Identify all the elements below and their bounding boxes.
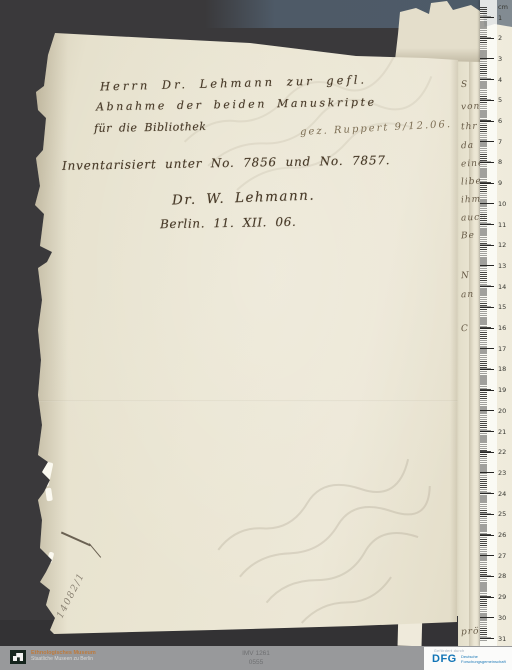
ruler-number: 22 xyxy=(498,448,506,456)
ruler-number: 10 xyxy=(498,200,506,208)
scanned-document-photo: SvonthrdaeinelibeihmauchBeNanCprö xyxy=(0,0,512,670)
handwriting-fragment: N xyxy=(461,271,470,281)
ruler-cm-tick xyxy=(480,328,494,329)
ruler-number: 8 xyxy=(498,158,502,166)
handwriting-fragment: libe xyxy=(461,176,482,187)
page-fold-line xyxy=(469,20,474,646)
ruler-number: 26 xyxy=(498,531,506,539)
ruler-cm-tick xyxy=(480,638,494,639)
paper-crease xyxy=(34,400,460,402)
ruler-number: 25 xyxy=(498,510,506,518)
ruler-number: 21 xyxy=(498,428,506,436)
ruler-cm-tick xyxy=(480,245,494,246)
measurement-ruler: cm 1234567891011121314151617181920212223… xyxy=(480,0,512,646)
handwriting-fragment: Be xyxy=(461,231,475,242)
ruler-number: 14 xyxy=(498,283,506,291)
date-line: Berlin. 11. XII. 06. xyxy=(160,215,297,231)
ruler-number: 4 xyxy=(498,76,502,84)
handwriting-fragment: ihm xyxy=(461,194,482,205)
inventory-id: IMV 1261 xyxy=(242,649,270,658)
ruler-number: 11 xyxy=(498,221,506,229)
ruler-cm-tick xyxy=(480,431,494,432)
ruler-cm-tick xyxy=(480,121,494,122)
paper-crack xyxy=(89,543,101,557)
ruler-number: 29 xyxy=(498,593,506,601)
ruler-cm-tick xyxy=(480,100,494,101)
name-line: Dr. W. Lehmann. xyxy=(172,188,316,209)
ruler-number: 9 xyxy=(498,179,502,187)
ruler-number: 28 xyxy=(498,572,506,580)
ruler-cm-tick xyxy=(480,493,494,494)
ruler-cm-tick xyxy=(480,514,494,515)
handwriting-fragment: an xyxy=(461,290,475,301)
dfg-name-line-2: Forschungsgemeinschaft xyxy=(461,660,506,665)
ruler-number: 2 xyxy=(498,34,502,42)
ruler-number: 27 xyxy=(498,552,506,560)
handwriting-fragment: S xyxy=(461,80,469,90)
ruler-cm-tick xyxy=(480,410,494,411)
ruler-number: 24 xyxy=(498,490,506,498)
ruler-cm-tick xyxy=(480,369,494,370)
ruler-number: 7 xyxy=(498,138,502,146)
ruler-number: 17 xyxy=(498,345,506,353)
ruler-number: 16 xyxy=(498,324,506,332)
ruler-cm-tick xyxy=(480,452,494,453)
museum-logo-glyph xyxy=(13,653,23,661)
ruler-number: 31 xyxy=(498,635,506,643)
ruler-cm-tick xyxy=(480,183,494,184)
ruler-cm-tick xyxy=(480,286,494,287)
ruler-number: 13 xyxy=(498,262,506,270)
dfg-abbreviation: DFG xyxy=(432,653,457,665)
note-line-2: Abnahme der beiden Manuskripte xyxy=(96,96,377,114)
ruler-cm-tick xyxy=(480,348,494,349)
document-page: Herrn Dr. Lehmann zur gefl. Abnahme der … xyxy=(34,30,460,636)
ruler-number: 23 xyxy=(498,469,506,477)
ruler-cm-tick xyxy=(480,597,494,598)
note-line-1: Herrn Dr. Lehmann zur gefl. xyxy=(100,73,367,94)
ruler-number: 12 xyxy=(498,241,506,249)
note-line-3: für die Bibliothek xyxy=(94,120,207,135)
ruler-cm-tick xyxy=(480,79,494,80)
ruler-cm-tick xyxy=(480,535,494,536)
dfg-logo: Gefördert durch DFG Deutsche Forschungsg… xyxy=(424,647,512,670)
scan-page-number: 0555 xyxy=(242,658,270,667)
ruler-number: 1 xyxy=(498,14,502,22)
museum-logo xyxy=(10,650,26,664)
scan-metadata-bar: Ethnologisches Museum Staatliche Museen … xyxy=(0,646,512,670)
ruler-number: 5 xyxy=(498,96,502,104)
ruler-cm-tick xyxy=(480,576,494,577)
ruler-cm-tick xyxy=(480,617,494,618)
ruler-cm-tick xyxy=(480,141,494,142)
ruler-cm-tick xyxy=(480,38,494,39)
handwriting-fragment: da xyxy=(461,141,475,152)
handwriting-fragment: C xyxy=(461,324,469,334)
museum-organisation: Staatliche Museen zu Berlin xyxy=(31,656,96,662)
inventory-line: Inventarisiert unter No. 7856 und No. 78… xyxy=(62,153,391,173)
ruler-number: 6 xyxy=(498,117,502,125)
ruler-cm-tick xyxy=(480,58,494,59)
ruler-cm-tick xyxy=(480,224,494,225)
ruler-number: 15 xyxy=(498,303,506,311)
signature-line: gez. Ruppert 9/12.06. xyxy=(300,119,453,138)
ruler-cm-tick xyxy=(480,162,494,163)
ruler-number: 18 xyxy=(498,365,506,373)
ruler-cm-tick xyxy=(480,307,494,308)
ruler-number: 19 xyxy=(498,386,506,394)
ruler-number: 3 xyxy=(498,55,502,63)
handwriting-fragment: thr xyxy=(461,122,478,133)
ruler-cm-tick xyxy=(480,472,494,473)
ruler-cm-tick xyxy=(480,203,494,204)
ruler-number: 20 xyxy=(498,407,506,415)
ruler-cm-tick xyxy=(480,265,494,266)
ruler-cm-tick xyxy=(480,555,494,556)
ruler-number: 30 xyxy=(498,614,506,622)
ruler-cm-tick xyxy=(480,390,494,391)
ruler-cm-tick xyxy=(480,17,494,18)
handwriting-fragment: prö xyxy=(461,627,480,638)
handwriting-fragment: von xyxy=(461,102,481,113)
ruler-unit-label: cm xyxy=(498,3,508,11)
torn-edge-shading xyxy=(34,30,68,636)
